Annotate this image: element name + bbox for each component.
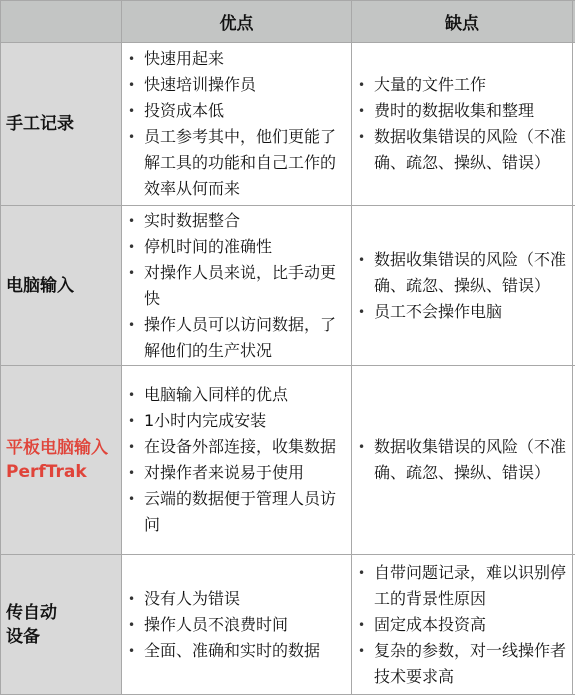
list-item: 自带问题记录，难以识别停工的背景性原因: [352, 560, 568, 612]
cons-cell: 数据收集错误的风险（不准确、疏忽、操纵、错误） 员工不会操作电脑: [352, 206, 573, 366]
list-item: 数据收集错误的风险（不准确、疏忽、操纵、错误）: [352, 247, 568, 299]
cons-cell: 大量的文件工作 费时的数据收集和整理 数据收集错误的风险（不准确、疏忽、操纵、错…: [352, 43, 573, 206]
cons-list: 数据收集错误的风险（不准确、疏忽、操纵、错误） 员工不会操作电脑: [352, 247, 572, 325]
list-item: 实时数据整合: [122, 208, 347, 234]
list-item: 操作人员不浪费时间: [122, 612, 347, 638]
list-item: 员工不会操作电脑: [352, 299, 568, 325]
list-item: 数据收集错误的风险（不准确、疏忽、操纵、错误）: [352, 124, 568, 176]
list-item: 操作人员可以访问数据，了解他们的生产状况: [122, 312, 347, 364]
list-item: 固定成本投资高: [352, 612, 568, 638]
cons-list: 自带问题记录，难以识别停工的背景性原因 固定成本投资高 复杂的参数，对一线操作者…: [352, 560, 572, 690]
list-item: 对操作者来说易于使用: [122, 460, 347, 486]
list-item: 全面、准确和实时的数据: [122, 638, 347, 664]
table-row-computer: 电脑输入 实时数据整合 停机时间的准确性 对操作人员来说，比手动更快 操作人员可…: [1, 206, 575, 366]
row-label-line1: 平板电脑输入: [6, 436, 121, 460]
row-label: 电脑输入: [1, 206, 122, 366]
table-row-tablet: 平板电脑输入 PerfTrak 电脑输入同样的优点 1小时内完成安装 在设备外部…: [1, 366, 575, 555]
pros-header: 优点: [122, 1, 352, 43]
list-item: 停机时间的准确性: [122, 234, 347, 260]
list-item: 投资成本低: [122, 98, 347, 124]
list-item: 费时的数据收集和整理: [352, 98, 568, 124]
cons-header: 缺点: [352, 1, 573, 43]
pros-list: 快速用起来 快速培训操作员 投资成本低 员工参考其中，他们更能了解工具的功能和自…: [122, 46, 351, 202]
list-item: 云端的数据便于管理人员访问: [122, 486, 347, 538]
list-item: 没有人为错误: [122, 586, 347, 612]
cons-cell: 自带问题记录，难以识别停工的背景性原因 固定成本投资高 复杂的参数，对一线操作者…: [352, 555, 573, 695]
row-label: 手工记录: [1, 43, 122, 206]
row-label-line2: 设备: [6, 625, 121, 649]
pros-list: 没有人为错误 操作人员不浪费时间 全面、准确和实时的数据: [122, 586, 351, 664]
list-item: 快速培训操作员: [122, 72, 347, 98]
list-item: 快速用起来: [122, 46, 347, 72]
pros-list: 电脑输入同样的优点 1小时内完成安装 在设备外部连接，收集数据 对操作者来说易于…: [122, 382, 351, 538]
pros-cell: 电脑输入同样的优点 1小时内完成安装 在设备外部连接，收集数据 对操作者来说易于…: [122, 366, 352, 555]
cons-list: 大量的文件工作 费时的数据收集和整理 数据收集错误的风险（不准确、疏忽、操纵、错…: [352, 72, 572, 176]
list-item: 电脑输入同样的优点: [122, 382, 347, 408]
pros-list: 实时数据整合 停机时间的准确性 对操作人员来说，比手动更快 操作人员可以访问数据…: [122, 208, 351, 364]
table-row-automatic: 传自动 设备 没有人为错误 操作人员不浪费时间 全面、准确和实时的数据 自带问题…: [1, 555, 575, 695]
corner-header: [1, 1, 122, 43]
header-row: 优点 缺点: [1, 1, 575, 43]
list-item: 员工参考其中，他们更能了解工具的功能和自己工作的效率从何而来: [122, 124, 347, 202]
list-item: 对操作人员来说，比手动更快: [122, 260, 347, 312]
cons-list: 数据收集错误的风险（不准确、疏忽、操纵、错误）: [352, 434, 572, 486]
row-label: 传自动 设备: [1, 555, 122, 695]
list-item: 复杂的参数，对一线操作者技术要求高: [352, 638, 568, 690]
cons-cell: 数据收集错误的风险（不准确、疏忽、操纵、错误）: [352, 366, 573, 555]
table-row-manual: 手工记录 快速用起来 快速培训操作员 投资成本低 员工参考其中，他们更能了解工具…: [1, 43, 575, 206]
pros-cell: 快速用起来 快速培训操作员 投资成本低 员工参考其中，他们更能了解工具的功能和自…: [122, 43, 352, 206]
list-item: 1小时内完成安装: [122, 408, 347, 434]
list-item: 大量的文件工作: [352, 72, 568, 98]
list-item: 在设备外部连接，收集数据: [122, 434, 347, 460]
row-label: 平板电脑输入 PerfTrak: [1, 366, 122, 555]
pros-cell: 实时数据整合 停机时间的准确性 对操作人员来说，比手动更快 操作人员可以访问数据…: [122, 206, 352, 366]
pros-cons-table: 优点 缺点 手工记录 快速用起来 快速培训操作员 投资成本低 员工参考其中，他们…: [0, 0, 575, 695]
row-label-line1: 传自动: [6, 601, 121, 625]
list-item: 数据收集错误的风险（不准确、疏忽、操纵、错误）: [352, 434, 568, 486]
row-label-line2: PerfTrak: [6, 460, 121, 484]
pros-cell: 没有人为错误 操作人员不浪费时间 全面、准确和实时的数据: [122, 555, 352, 695]
